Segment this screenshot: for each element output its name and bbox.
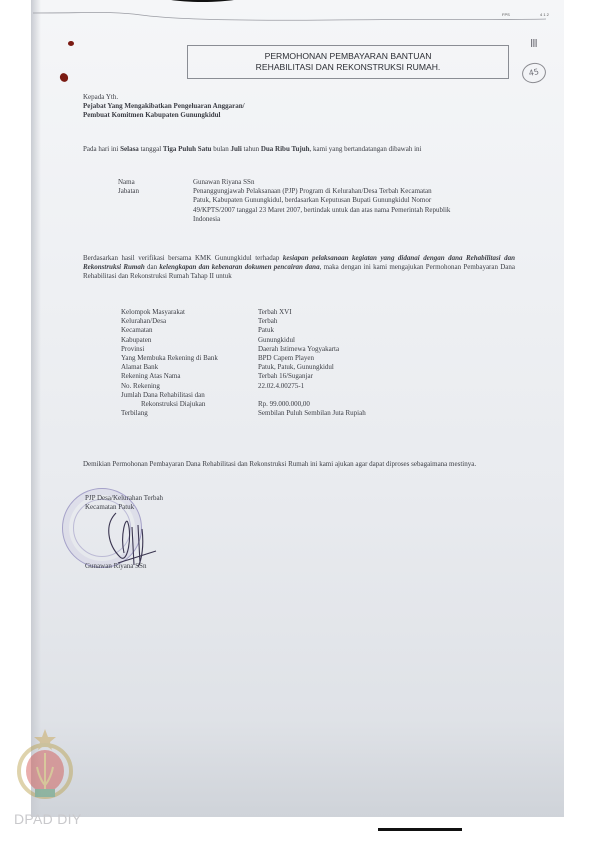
top-mark: 4 1 2 [540, 12, 549, 17]
detail-label: Yang Membuka Rekening di Bank [121, 354, 218, 363]
top-mark: FPS [502, 12, 510, 17]
intro-paragraph: Pada hari ini Selasa tanggal Tiga Puluh … [83, 145, 515, 154]
detail-value: Rp. 99.000.000,00 [258, 400, 310, 409]
detail-label: Kelurahan/Desa [121, 317, 166, 326]
identity-label: Jabatan [118, 187, 139, 196]
detail-label: Alamat Bank [121, 363, 158, 372]
document-title: PERMOHONAN PEMBAYARAN BANTUAN REHABILITA… [187, 45, 509, 79]
detail-value: Gunungkidul [258, 336, 295, 345]
identity-label: Nama [118, 178, 135, 187]
signature-title: PJP Desa/Kelurahan Terbah Kecamatan Patu… [85, 494, 163, 512]
page-shadow [31, 0, 41, 817]
handwritten-mark: III [530, 37, 537, 50]
detail-value: 22.02.4.00275-1 [258, 382, 304, 391]
detail-label: Rekonstruksi Diajukan [141, 400, 205, 409]
identity-value: Gunawan Riyana SSn [193, 178, 453, 187]
detail-label: Provinsi [121, 345, 144, 354]
closing-paragraph: Demikian Permohonan Pembayaran Dana Reha… [83, 460, 523, 469]
detail-label: Kabupaten [121, 336, 151, 345]
signer-district: Kecamatan Patuk [85, 503, 163, 512]
detail-label: Kelompok Masyarakat [121, 308, 185, 317]
salutation: Kepada Yth. [83, 93, 245, 102]
year: Dua Ribu Tujuh [261, 145, 310, 153]
watermark: DPAD DIY [14, 811, 82, 827]
detail-label: Terbilang [121, 409, 148, 418]
recipient-block: Kepada Yth. Pejabat Yang Mengakibatkan P… [83, 93, 245, 121]
detail-value: Sembilan Puluh Sembilan Juta Rupiah [258, 409, 366, 418]
date: Tiga Puluh Satu [163, 145, 212, 153]
detail-label: Jumlah Dana Rehabilitasi dan [121, 391, 205, 400]
detail-value: Terbah 16/Suganjar [258, 372, 313, 381]
signer-position: PJP Desa/Kelurahan Terbah [85, 494, 163, 503]
month: Juli [231, 145, 242, 153]
recipient-line-2: Pembuat Komitmen Kabupaten Gunungkidul [83, 111, 245, 120]
detail-label: Rekening Atas Nama [121, 372, 181, 381]
details-table: Kelompok MasyarakatTerbah XVIKelurahan/D… [121, 308, 451, 443]
detail-label: No. Rekening [121, 382, 160, 391]
detail-value: Terbah XVI [258, 308, 292, 317]
fold-line [31, 8, 551, 20]
title-line-2: REHABILITASI DAN REKONSTRUKSI RUMAH. [188, 62, 508, 73]
detail-value: Daerah Istimewa Yogyakarta [258, 345, 339, 354]
detail-value: Terbah [258, 317, 277, 326]
detail-value: Patuk [258, 326, 274, 335]
detail-label: Kecamatan [121, 326, 152, 335]
signer-name: Gunawan Riyana SSn [85, 562, 146, 571]
detail-value: BPD Capem Playen [258, 354, 314, 363]
day: Selasa [120, 145, 139, 153]
basis-paragraph: Berdasarkan hasil verifikasi bersama KMK… [83, 254, 515, 282]
ink-blot [68, 41, 74, 46]
recipient-line-1: Pejabat Yang Mengakibatkan Pengeluaran A… [83, 102, 245, 111]
identity-value: Penanggungjawab Pelaksanaan (PJP) Progra… [193, 187, 451, 224]
scan-bar [378, 828, 462, 831]
dpad-logo-icon [15, 727, 75, 802]
title-line-1: PERMOHONAN PEMBAYARAN BANTUAN [188, 51, 508, 62]
detail-value: Patuk, Patuk, Gunungkidul [258, 363, 334, 372]
